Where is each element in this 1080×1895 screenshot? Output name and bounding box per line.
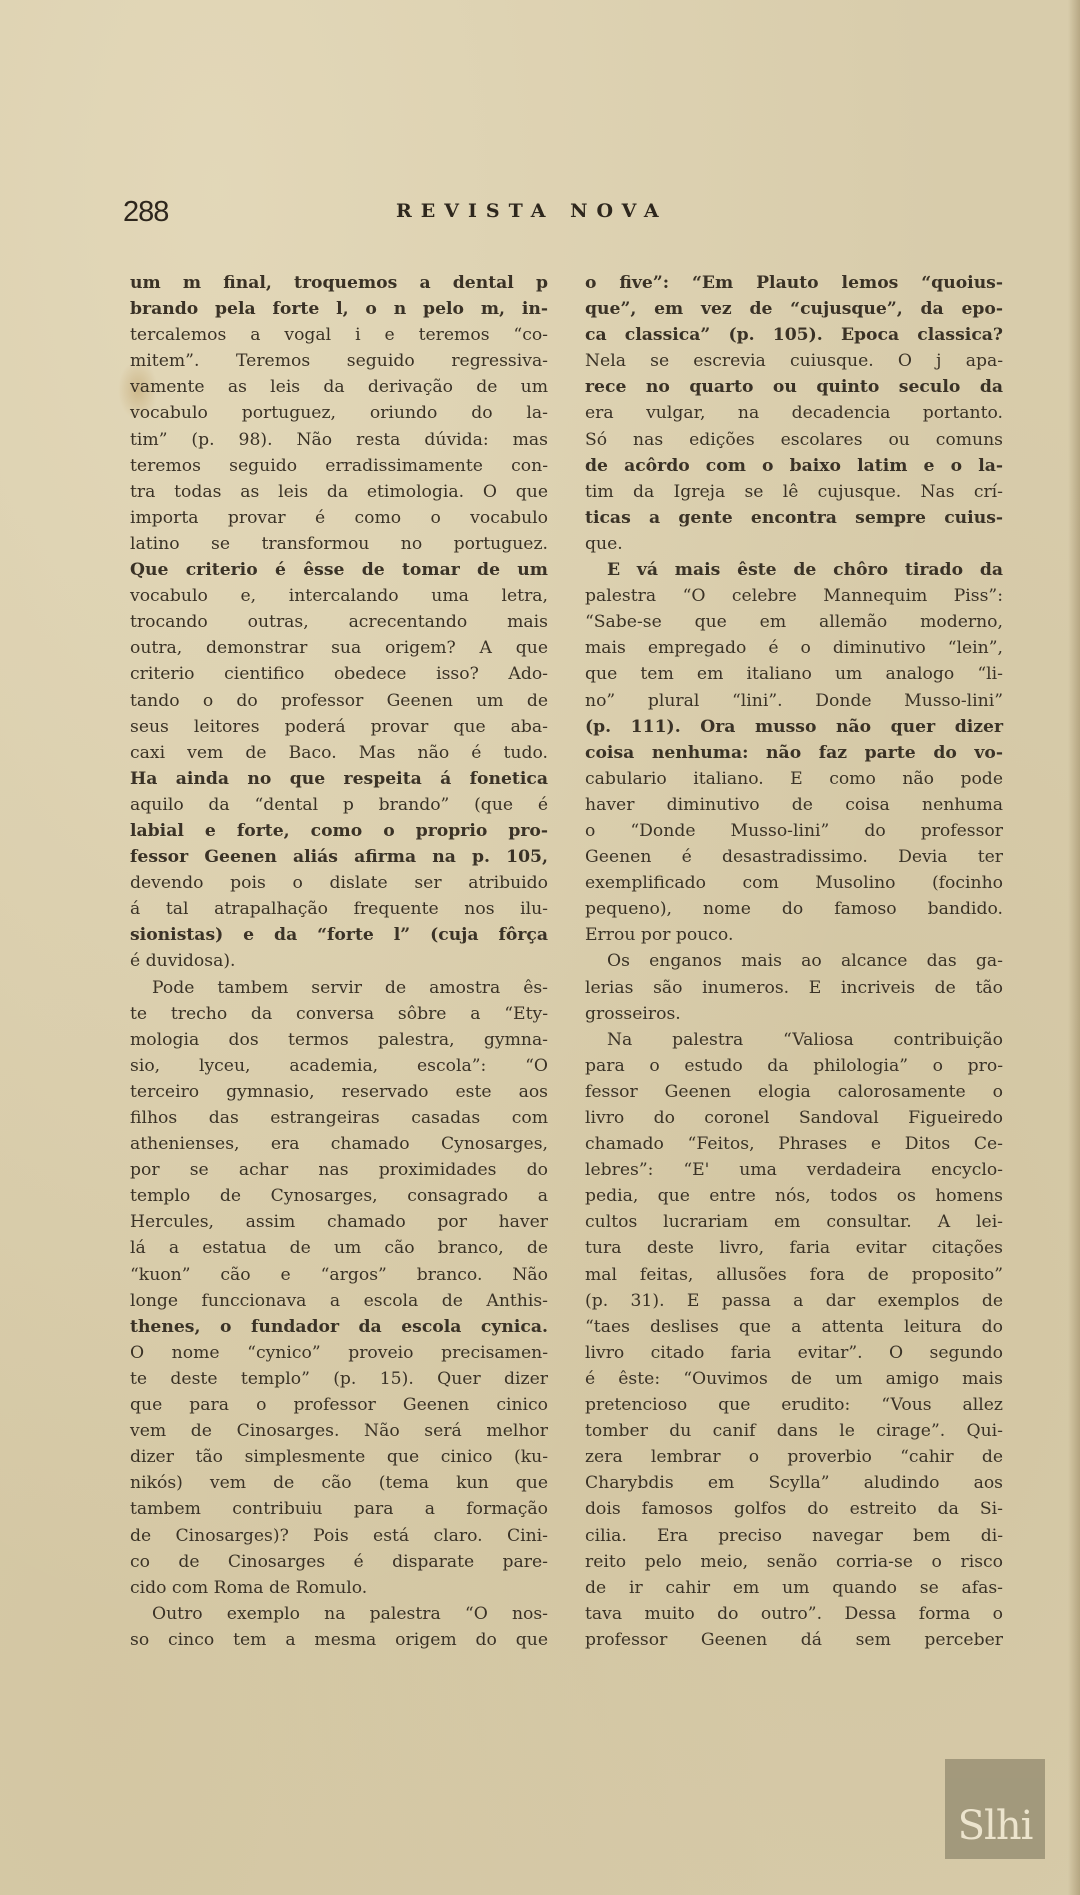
text-line: por se achar nas proximidades do: [130, 1157, 548, 1183]
text-line: so cinco tem a mesma origem do que: [130, 1627, 548, 1653]
text-line: ticas a gente encontra sempre cuius-: [585, 505, 1003, 531]
text-line: lerias são inumeros. E incriveis de tão: [585, 975, 1003, 1001]
text-line: á tal atrapalhação frequente nos ilu-: [130, 896, 548, 922]
text-line: era vulgar, na decadencia portanto.: [585, 400, 1003, 426]
text-line: O nome “cynico” proveio precisamen-: [130, 1340, 548, 1366]
text-line: (p. 31). E passa a dar exemplos de: [585, 1288, 1003, 1314]
text-line: tercalemos a vogal i e teremos “co-: [130, 322, 548, 348]
text-line: vamente as leis da derivação de um: [130, 374, 548, 400]
text-line: exemplificado com Musolino (focinho: [585, 870, 1003, 896]
text-line: coisa nenhuma: não faz parte do vo-: [585, 740, 1003, 766]
text-line: caxi vem de Baco. Mas não é tudo.: [130, 740, 548, 766]
text-line: longe funccionava a escola de Anthis-: [130, 1288, 548, 1314]
text-line: Ha ainda no que respeita á fonetica: [130, 766, 548, 792]
text-line: te trecho da conversa sôbre a “Ety-: [130, 1001, 548, 1027]
text-line: filhos das estrangeiras casadas com: [130, 1105, 548, 1131]
text-line: Só nas edições escolares ou comuns: [585, 427, 1003, 453]
text-line: zera lembrar o proverbio “cahir de: [585, 1444, 1003, 1470]
text-line: tando o do professor Geenen um de: [130, 688, 548, 714]
text-line: Charybdis em Scylla” aludindo aos: [585, 1470, 1003, 1496]
text-line: thenes, o fundador da escola cynica.: [130, 1314, 548, 1340]
text-line: de acôrdo com o baixo latim e o la-: [585, 453, 1003, 479]
text-line: teremos seguido erradissimamente con-: [130, 453, 548, 479]
text-line: que para o professor Geenen cinico: [130, 1392, 548, 1418]
text-line: athenienses, era chamado Cynosarges,: [130, 1131, 548, 1157]
text-line: para o estudo da philologia” o pro-: [585, 1053, 1003, 1079]
text-line: Geenen é desastradissimo. Devia ter: [585, 844, 1003, 870]
text-line: chamado “Feitos, Phrases e Ditos Ce-: [585, 1131, 1003, 1157]
text-line: “Sabe-se que em allemão moderno,: [585, 609, 1003, 635]
text-line: tava muito do outro”. Dessa forma o: [585, 1601, 1003, 1627]
page-number: 288: [123, 196, 168, 229]
text-line: o five”: “Em Plauto lemos “quoius-: [585, 270, 1003, 296]
text-line: labial e forte, como o proprio pro-: [130, 818, 548, 844]
text-line: trocando outras, acrecentando mais: [130, 609, 548, 635]
text-line: Pode tambem servir de amostra ês-: [130, 975, 548, 1001]
text-line: pretencioso que erudito: “Vous allez: [585, 1392, 1003, 1418]
text-line: tambem contribuiu para a formação: [130, 1496, 548, 1522]
text-line: que”, em vez de “cujusque”, da epo-: [585, 296, 1003, 322]
text-line: lebres”: “E' uma verdadeira encyclo-: [585, 1157, 1003, 1183]
library-logo-icon: Slhi: [945, 1759, 1045, 1859]
text-line: Os enganos mais ao alcance das ga-: [585, 948, 1003, 974]
text-line: E vá mais êste de chôro tirado da: [585, 557, 1003, 583]
text-line: é duvidosa).: [130, 948, 548, 974]
text-line: vocabulo e, intercalando uma letra,: [130, 583, 548, 609]
page-edge-shadow: [1068, 0, 1080, 1895]
text-line: tim” (p. 98). Não resta dúvida: mas: [130, 427, 548, 453]
text-line: o “Donde Musso-lini” do professor: [585, 818, 1003, 844]
text-line: Na palestra “Valiosa contribuição: [585, 1027, 1003, 1053]
text-line: de ir cahir em um quando se afas-: [585, 1575, 1003, 1601]
text-line: é êste: “Ouvimos de um amigo mais: [585, 1366, 1003, 1392]
text-line: nikós) vem de cão (tema kun que: [130, 1470, 548, 1496]
text-line: co de Cinosarges é disparate pare-: [130, 1549, 548, 1575]
text-line: reito pelo meio, senão corria-se o risco: [585, 1549, 1003, 1575]
text-line: fessor Geenen aliás afirma na p. 105,: [130, 844, 548, 870]
text-line: Que criterio é êsse de tomar de um: [130, 557, 548, 583]
running-title: REVISTA NOVA: [396, 200, 668, 222]
text-line: (p. 111). Ora musso não quer dizer: [585, 714, 1003, 740]
text-column-left: um m final, troquemos a dental pbrando p…: [130, 270, 548, 1653]
text-line: que tem em italiano um analogo “li-: [585, 661, 1003, 687]
text-line: brando pela forte l, o n pelo m, in-: [130, 296, 548, 322]
text-column-right: o five”: “Em Plauto lemos “quoius-que”, …: [585, 270, 1003, 1653]
text-line: mais empregado é o diminutivo “lein”,: [585, 635, 1003, 661]
text-line: cabulario italiano. E como não pode: [585, 766, 1003, 792]
text-line: cilia. Era preciso navegar bem di-: [585, 1523, 1003, 1549]
text-line: latino se transformou no portuguez.: [130, 531, 548, 557]
text-line: “kuon” cão e “argos” branco. Não: [130, 1262, 548, 1288]
text-line: livro do coronel Sandoval Figueiredo: [585, 1105, 1003, 1131]
text-line: mologia dos termos palestra, gymna-: [130, 1027, 548, 1053]
text-line: Nela se escrevia cuiusque. O j apa-: [585, 348, 1003, 374]
text-line: dizer tão simplesmente que cinico (ku-: [130, 1444, 548, 1470]
text-line: Errou por pouco.: [585, 922, 1003, 948]
logo-text: Slhi: [945, 1803, 1045, 1849]
text-line: criterio cientifico obedece isso? Ado-: [130, 661, 548, 687]
text-line: rece no quarto ou quinto seculo da: [585, 374, 1003, 400]
text-line: devendo pois o dislate ser atribuido: [130, 870, 548, 896]
text-line: templo de Cynosarges, consagrado a: [130, 1183, 548, 1209]
text-line: pedia, que entre nós, todos os homens: [585, 1183, 1003, 1209]
text-line: professor Geenen dá sem perceber: [585, 1627, 1003, 1653]
text-line: de Cinosarges)? Pois está claro. Cini-: [130, 1523, 548, 1549]
text-line: um m final, troquemos a dental p: [130, 270, 548, 296]
text-line: grosseiros.: [585, 1001, 1003, 1027]
text-line: mitem”. Teremos seguido regressiva-: [130, 348, 548, 374]
text-line: tim da Igreja se lê cujusque. Nas crí-: [585, 479, 1003, 505]
text-line: outra, demonstrar sua origem? A que: [130, 635, 548, 661]
text-line: cultos lucrariam em consultar. A lei-: [585, 1209, 1003, 1235]
text-line: pequeno), nome do famoso bandido.: [585, 896, 1003, 922]
text-line: fessor Geenen elogia calorosamente o: [585, 1079, 1003, 1105]
text-line: terceiro gymnasio, reservado este aos: [130, 1079, 548, 1105]
text-line: no” plural “lini”. Donde Musso-lini”: [585, 688, 1003, 714]
text-line: palestra “O celebre Mannequim Piss”:: [585, 583, 1003, 609]
text-line: Outro exemplo na palestra “O nos-: [130, 1601, 548, 1627]
text-line: tomber du canif dans le cirage”. Qui-: [585, 1418, 1003, 1444]
text-line: vem de Cinosarges. Não será melhor: [130, 1418, 548, 1444]
text-line: dois famosos golfos do estreito da Si-: [585, 1496, 1003, 1522]
text-line: tura deste livro, faria evitar citações: [585, 1235, 1003, 1261]
text-line: que.: [585, 531, 1003, 557]
text-line: vocabulo portuguez, oriundo do la-: [130, 400, 548, 426]
text-line: Hercules, assim chamado por haver: [130, 1209, 548, 1235]
text-line: tra todas as leis da etimologia. O que: [130, 479, 548, 505]
text-line: aquilo da “dental p brando” (que é: [130, 792, 548, 818]
page-header: 288 REVISTA NOVA: [0, 196, 1080, 236]
text-line: te deste templo” (p. 15). Quer dizer: [130, 1366, 548, 1392]
text-line: lá a estatua de um cão branco, de: [130, 1235, 548, 1261]
text-line: haver diminutivo de coisa nenhuma: [585, 792, 1003, 818]
text-line: ca classica” (p. 105). Epoca classica?: [585, 322, 1003, 348]
text-line: sionistas) e da “forte l” (cuja fôrça: [130, 922, 548, 948]
text-line: mal feitas, allusões fora de proposito”: [585, 1262, 1003, 1288]
text-line: seus leitores poderá provar que aba-: [130, 714, 548, 740]
text-line: importa provar é como o vocabulo: [130, 505, 548, 531]
text-line: sio, lyceu, academia, escola”: “O: [130, 1053, 548, 1079]
text-line: “taes deslises que a attenta leitura do: [585, 1314, 1003, 1340]
text-line: livro citado faria evitar”. O segundo: [585, 1340, 1003, 1366]
text-line: cido com Roma de Romulo.: [130, 1575, 548, 1601]
